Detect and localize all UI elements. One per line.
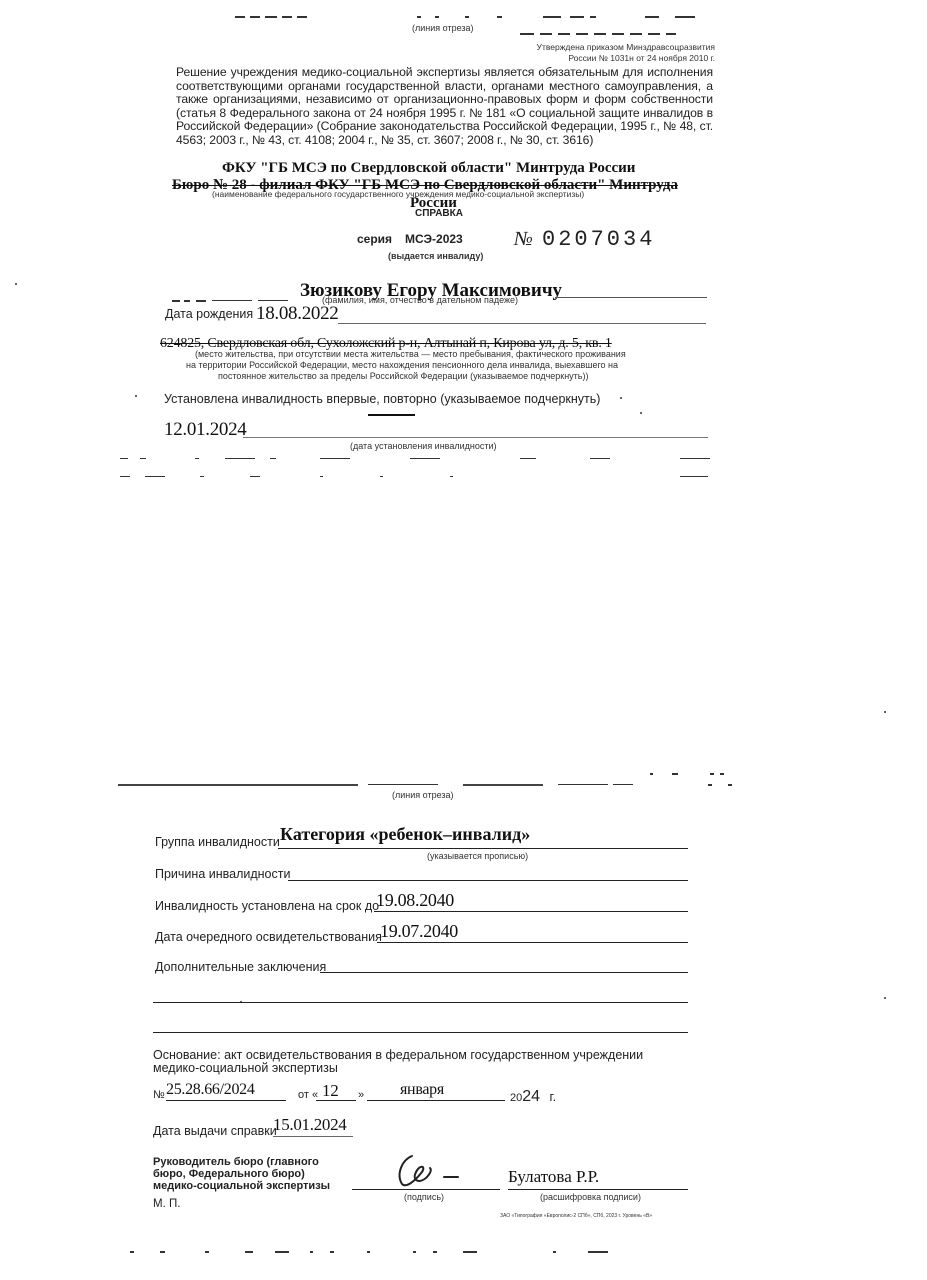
recipient-underline-left xyxy=(172,300,302,302)
lower-cut-line-label: (линия отреза) xyxy=(392,790,454,800)
additional-underline-2 xyxy=(153,1002,688,1003)
head-name-underline xyxy=(508,1189,688,1190)
issue-date-underline xyxy=(273,1136,353,1137)
printer-note: ЗАО «Типография «Европолис-2 СПб», СПб, … xyxy=(500,1213,652,1219)
scan-speck xyxy=(640,412,642,414)
option-repeat[interactable]: повторно xyxy=(383,392,436,406)
head-title-line3: медико-социальной экспертизы xyxy=(153,1180,330,1192)
cause-label: Причина инвалидности xyxy=(155,867,290,881)
certificate-number: 0207034 xyxy=(542,227,655,252)
scan-noise-line-2 xyxy=(120,476,710,478)
basis-year-value: 24 xyxy=(522,1088,540,1105)
address-caption-line1: (место жительства, при отсутствии места … xyxy=(195,349,626,359)
issue-date-label: Дата выдачи справки xyxy=(153,1124,277,1138)
scan-speck xyxy=(884,997,886,999)
birth-date-value: 18.08.2022 xyxy=(256,303,339,325)
additional-label: Дополнительные заключения xyxy=(155,960,326,974)
number-sign: № xyxy=(514,228,533,251)
cut-line-label: (линия отреза) xyxy=(412,23,474,33)
additional-underline-3 xyxy=(153,1032,688,1033)
basis-month: января xyxy=(400,1081,444,1099)
basis-day-close: » xyxy=(358,1089,364,1101)
institution-line1: ФКУ "ГБ МСЭ по Свердловской области" Мин… xyxy=(222,160,635,177)
group-value: Категория «ребенок–инвалид» xyxy=(280,824,530,845)
address-caption-line2: на территории Российской Федерации, мест… xyxy=(186,360,618,370)
signature-icon xyxy=(392,1150,472,1190)
head-name-caption: (расшифровка подписи) xyxy=(540,1192,641,1202)
birth-date-underline xyxy=(338,323,706,324)
term-label: Инвалидность установлена на срок до xyxy=(155,899,379,913)
group-caption: (указывается прописью) xyxy=(427,851,528,861)
recipient-caption: (фамилия, имя, отчество в дательном паде… xyxy=(322,295,518,305)
next-exam-label: Дата очередного освидетельствования xyxy=(155,930,382,944)
head-title: Руководитель бюро (главного бюро, Федера… xyxy=(153,1156,330,1192)
basis-day: 12 xyxy=(322,1081,338,1101)
establish-date-caption: (дата установления инвалидности) xyxy=(350,441,497,451)
institution-caption: (наименование федерального государственн… xyxy=(212,189,584,199)
head-title-line1: Руководитель бюро (главного xyxy=(153,1156,330,1168)
basis-number: 25.28.66/2024 xyxy=(166,1081,255,1099)
group-underline xyxy=(278,848,688,849)
legal-paragraph: Решение учреждения медико-социальной экс… xyxy=(176,66,713,148)
scan-noise-line-1 xyxy=(120,458,710,460)
bottom-cut-line xyxy=(130,1251,780,1253)
top-cut-line xyxy=(235,16,915,18)
signature-caption: (подпись) xyxy=(404,1192,444,1202)
basis-year: 2024 г. xyxy=(510,1088,556,1106)
scan-speck xyxy=(620,397,622,399)
signature-underline xyxy=(352,1189,500,1190)
group-label: Группа инвалидности xyxy=(155,835,280,849)
option-first-time[interactable]: впервые, xyxy=(326,392,379,406)
next-exam-underline xyxy=(377,942,688,943)
basis-year-prefix: 20 xyxy=(510,1092,522,1104)
basis-line2: медико-социальной экспертизы xyxy=(153,1061,338,1075)
establish-date-underline xyxy=(243,437,708,438)
head-title-line2: бюро, Федерального бюро) xyxy=(153,1168,330,1180)
recipient-underline-right xyxy=(555,297,707,298)
next-exam-value: 19.07.2040 xyxy=(380,921,458,942)
establish-date-value: 12.01.2024 xyxy=(164,419,247,441)
basis-year-suffix: г. xyxy=(550,1090,557,1104)
series-label: серия xyxy=(357,232,392,246)
middle-cut-line xyxy=(118,784,733,786)
top-cut-line-2 xyxy=(520,33,710,35)
selected-option-underline xyxy=(368,414,415,416)
established-label-suffix: (указываемое подчеркнуть) xyxy=(440,392,600,406)
basis-month-underline xyxy=(367,1100,505,1101)
document-title: СПРАВКА xyxy=(415,208,463,219)
birth-date-label: Дата рождения xyxy=(165,307,253,321)
scan-speck xyxy=(884,711,886,713)
cause-underline xyxy=(288,880,688,881)
issue-date-value: 15.01.2024 xyxy=(273,1115,347,1135)
term-underline xyxy=(374,911,688,912)
basis-number-prefix: № xyxy=(153,1089,165,1101)
additional-underline-1 xyxy=(320,972,688,973)
approval-note-line2: России № 1031н от 24 ноября 2010 г. xyxy=(480,53,715,64)
approval-note: Утверждена приказом Минздравсоцразвития … xyxy=(480,42,715,64)
series-value: МСЭ-2023 xyxy=(405,232,463,246)
basis-day-underline xyxy=(316,1100,356,1101)
seal-label: М. П. xyxy=(153,1198,180,1210)
basis-line1: Основание: акт освидетельствования в фед… xyxy=(153,1048,643,1062)
disability-established: Установлена инвалидность впервые, повтор… xyxy=(164,392,600,406)
basis-number-underline xyxy=(166,1100,286,1101)
head-name: Булатова Р.Р. xyxy=(508,1167,599,1187)
established-label-prefix: Установлена инвалидность xyxy=(164,392,323,406)
middle-cut-line-right xyxy=(650,773,730,775)
term-value: 19.08.2040 xyxy=(376,890,454,911)
series-caption: (выдается инвалиду) xyxy=(388,251,483,261)
approval-note-line1: Утверждена приказом Минздравсоцразвития xyxy=(480,42,715,53)
scan-speck xyxy=(15,283,17,285)
scan-speck xyxy=(135,395,137,397)
address-caption-line3: постоянное жительство за пределы Российс… xyxy=(218,371,589,381)
